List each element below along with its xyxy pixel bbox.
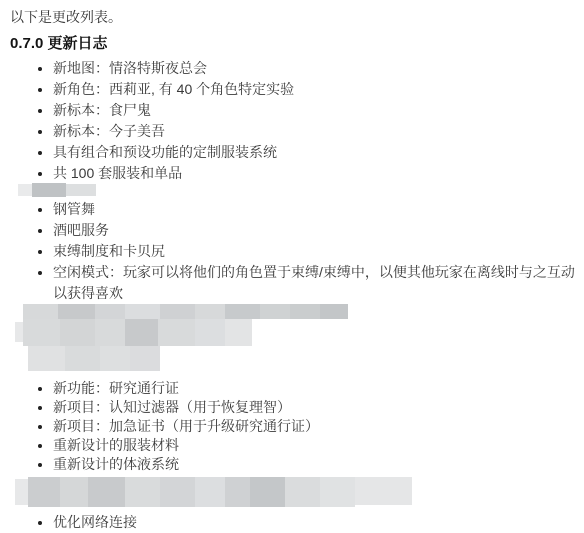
changelog-item: 重新设计的服装材料	[53, 436, 584, 455]
changelog-item: 具有组合和预设功能的定制服装系统	[53, 142, 584, 163]
redacted-text-block	[88, 477, 125, 507]
redacted-text-block	[195, 477, 225, 507]
changelog-item: 新标本：食尸鬼	[53, 100, 584, 121]
redacted-text-block	[66, 184, 96, 196]
redacted-text-block	[23, 319, 60, 346]
redacted-text-block	[158, 319, 195, 346]
changelog-page: 以下是更改列表。 0.7.0 更新日志 新地图：情洛特斯夜总会 新角色：西莉亚,…	[0, 0, 584, 533]
changelog-item: 钢管舞	[53, 199, 584, 220]
redacted-text-block	[60, 319, 95, 346]
redacted-text-block	[260, 304, 290, 319]
changelog-group-1: 新地图：情洛特斯夜总会 新角色：西莉亚, 有 40 个角色特定实验 新标本：食尸…	[10, 58, 584, 184]
redacted-text-block	[95, 319, 125, 346]
redacted-text-block	[285, 477, 320, 507]
redacted-text-block	[225, 477, 250, 507]
redacted-text-block	[225, 304, 260, 319]
redacted-text-block	[125, 477, 160, 507]
redacted-text-block	[160, 477, 195, 507]
redacted-text-block	[125, 304, 160, 319]
redacted-text-block	[250, 477, 285, 507]
redacted-text-block	[355, 477, 412, 505]
redacted-text-block	[130, 346, 160, 371]
redacted-text-block	[15, 479, 28, 505]
changelog-item: 共 100 套服装和单品	[53, 163, 584, 184]
changelog-item: 新项目：认知过滤器（用于恢复理智）	[53, 398, 584, 417]
redacted-text-block	[23, 304, 58, 319]
redacted-text-block	[28, 477, 60, 507]
redacted-text-block	[60, 477, 88, 507]
changelog-item: 束缚制度和卡贝尻	[53, 241, 584, 262]
redacted-text-block	[195, 319, 225, 346]
changelog-item: 新角色：西莉亚, 有 40 个角色特定实验	[53, 79, 584, 100]
version-heading: 0.7.0 更新日志	[10, 34, 584, 54]
redacted-text-block	[195, 304, 225, 319]
redacted-text-block	[15, 322, 23, 342]
changelog-item: 空闲模式：玩家可以将他们的角色置于束缚/束缚中，以便其他玩家在离线时与之互动以获…	[53, 262, 584, 304]
intro-line: 以下是更改列表。	[10, 7, 584, 27]
redacted-text-block	[58, 304, 95, 319]
changelog-group-2: 钢管舞 酒吧服务 束缚制度和卡贝尻 空闲模式：玩家可以将他们的角色置于束缚/束缚…	[10, 199, 584, 304]
redacted-text-block	[95, 304, 125, 319]
changelog-item: 新项目：加急证书（用于升级研究通行证）	[53, 417, 584, 436]
redacted-text-block	[320, 304, 348, 319]
redacted-text-block	[100, 346, 130, 371]
redacted-text-block	[320, 477, 355, 507]
redacted-text-block	[65, 346, 100, 371]
changelog-group-4: 优化网络连接	[10, 512, 584, 533]
redacted-text-block	[225, 319, 252, 346]
changelog-group-3: 新功能：研究通行证 新项目：认知过滤器（用于恢复理智） 新项目：加急证书（用于升…	[10, 379, 584, 474]
changelog-item: 新功能：研究通行证	[53, 379, 584, 398]
changelog-item: 优化网络连接	[53, 512, 584, 533]
redacted-text-block	[28, 346, 65, 371]
redacted-text-block	[290, 304, 320, 319]
redacted-text-block	[32, 183, 66, 197]
changelog-item: 重新设计的体液系统	[53, 455, 584, 474]
redacted-text-block	[125, 319, 158, 346]
redacted-text-block	[18, 184, 32, 196]
changelog-item: 酒吧服务	[53, 220, 584, 241]
changelog-item: 新地图：情洛特斯夜总会	[53, 58, 584, 79]
redacted-text-block	[160, 304, 195, 319]
changelog-item: 新标本：今子美吾	[53, 121, 584, 142]
